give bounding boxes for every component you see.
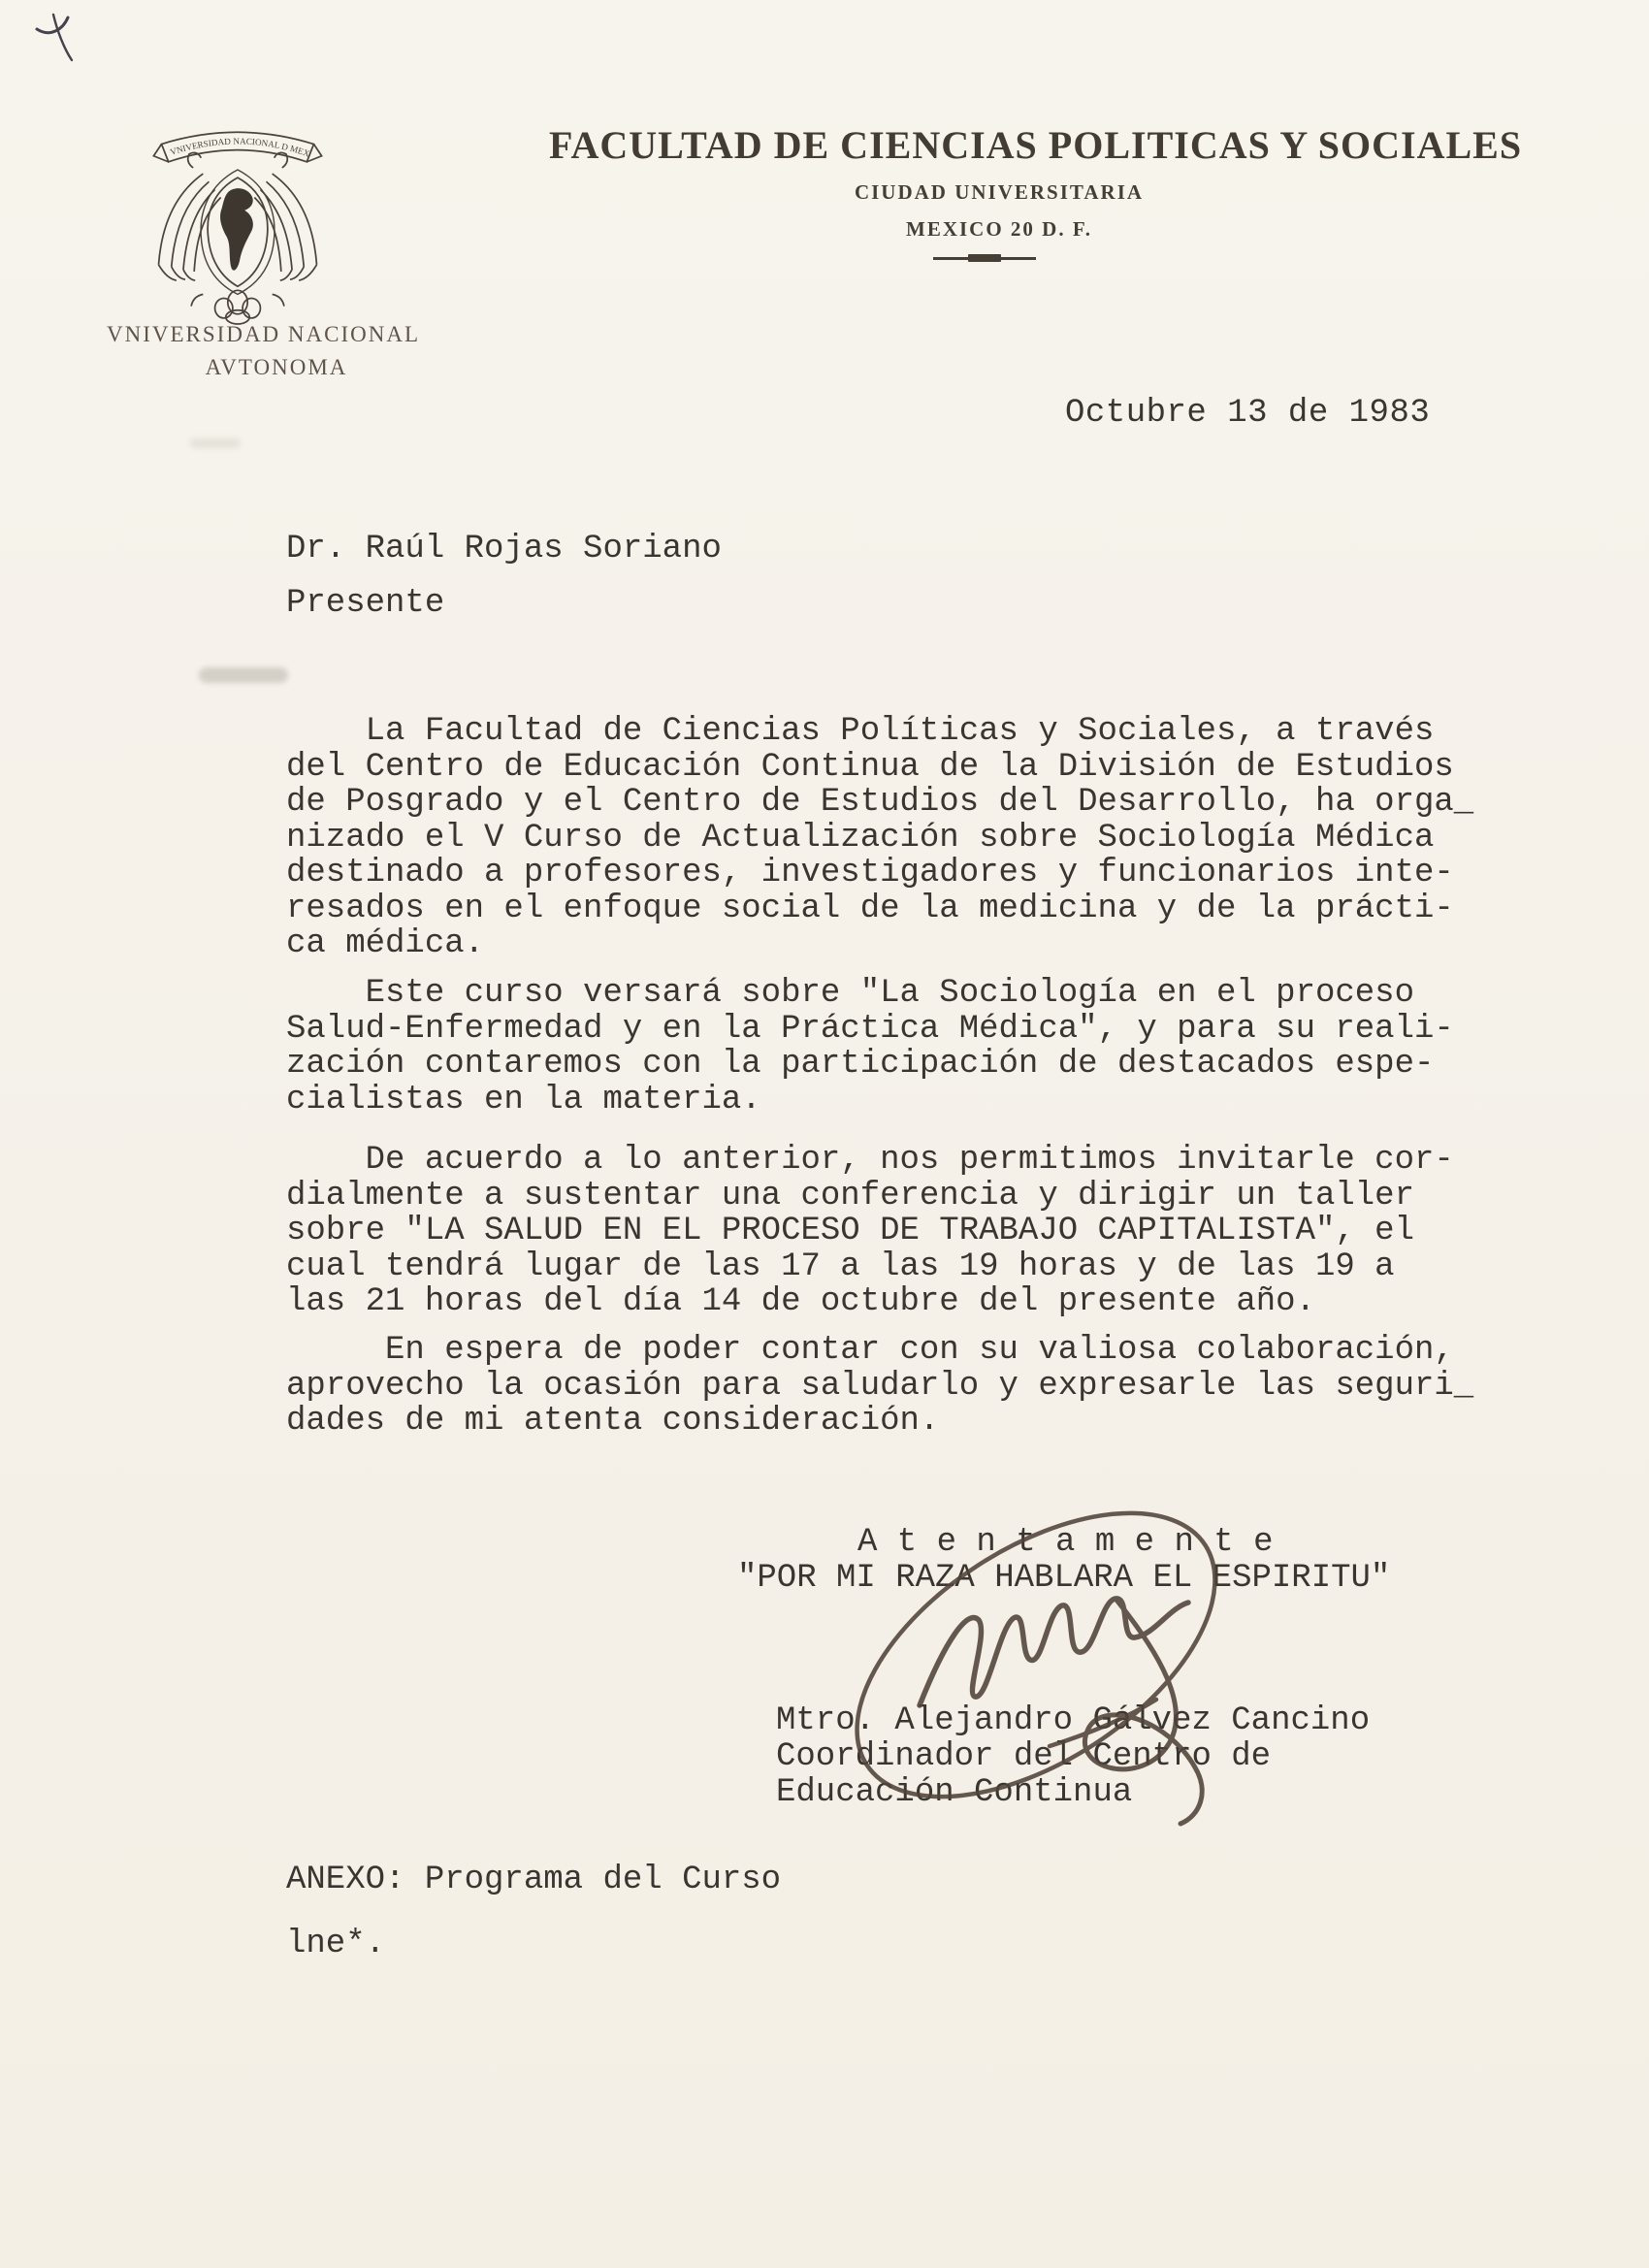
typewritten-line: resados en el enfoque social de la medic… bbox=[286, 891, 1473, 927]
body-paragraph-3: De acuerdo a lo anterior, nos permitimos… bbox=[286, 1143, 1454, 1320]
annex-note: ANEXO: Programa del Curso bbox=[286, 1863, 781, 1898]
faculty-title: FACULTAD DE CIENCIAS POLITICAS Y SOCIALE… bbox=[549, 122, 1522, 168]
scan-smudge bbox=[199, 667, 288, 683]
divider-thin-left bbox=[933, 257, 968, 260]
letterhead-address-line2: MEXICO 20 D. F. bbox=[854, 217, 1145, 242]
typewritten-line: sobre "LA SALUD EN EL PROCESO DE TRABAJO… bbox=[286, 1214, 1454, 1249]
body-paragraph-4: En espera de poder contar con su valiosa… bbox=[286, 1333, 1473, 1440]
letterhead-address-line1: CIUDAD UNIVERSITARIA bbox=[854, 180, 1145, 205]
university-name-line1: VNIVERSIDAD NACIONAL bbox=[107, 322, 388, 347]
body-paragraph-2: Este curso versará sobre "La Sociología … bbox=[286, 976, 1454, 1118]
typewritten-line: zación contaremos con la participación d… bbox=[286, 1047, 1454, 1083]
typewritten-line: cual tendrá lugar de las 17 a las 19 hor… bbox=[286, 1249, 1454, 1285]
divider-thin-right bbox=[1001, 257, 1036, 260]
recipient-salutation: Presente bbox=[286, 586, 444, 622]
typewritten-line: dades de mi atenta consideración. bbox=[286, 1404, 1473, 1440]
typewritten-line: Salud-Enfermedad y en la Práctica Médica… bbox=[286, 1012, 1454, 1048]
typewritten-line: las 21 horas del día 14 de octubre del p… bbox=[286, 1284, 1454, 1320]
scanned-letter-page: VNIVERSIDAD NACIONAL D MEXICO VNIVERSIDA… bbox=[0, 0, 1649, 2268]
typewritten-line: del Centro de Educación Continua de la D… bbox=[286, 750, 1473, 786]
typewritten-line: Este curso versará sobre "La Sociología … bbox=[286, 976, 1454, 1012]
typewritten-line: dialmente a sustentar una conferencia y … bbox=[286, 1179, 1454, 1215]
typewritten-line: aprovecho la ocasión para saludarlo y ex… bbox=[286, 1369, 1473, 1405]
typewritten-line: ca médica. bbox=[286, 926, 1473, 962]
divider-thick-center bbox=[968, 254, 1001, 262]
typewritten-line: De acuerdo a lo anterior, nos permitimos… bbox=[286, 1143, 1454, 1179]
americas-map-silhouette bbox=[220, 188, 253, 271]
date-line: Octubre 13 de 1983 bbox=[1065, 396, 1430, 432]
typewritten-line: de Posgrado y el Centro de Estudios del … bbox=[286, 785, 1473, 821]
typewritten-line: nizado el V Curso de Actualización sobre… bbox=[286, 821, 1473, 857]
unam-coat-of-arms-icon: VNIVERSIDAD NACIONAL D MEXICO bbox=[134, 116, 341, 326]
handwritten-signature-icon bbox=[795, 1455, 1300, 1863]
letterhead-divider bbox=[933, 254, 1036, 262]
recipient-name: Dr. Raúl Rojas Soriano bbox=[286, 532, 722, 567]
typewritten-line: En espera de poder contar con su valiosa… bbox=[286, 1333, 1473, 1369]
scan-smudge bbox=[190, 438, 241, 448]
typewritten-line: cialistas en la materia. bbox=[286, 1083, 1454, 1118]
typewritten-line: La Facultad de Ciencias Políticas y Soci… bbox=[286, 714, 1473, 750]
typist-reference: lne*. bbox=[286, 1927, 385, 1962]
typewritten-line: destinado a profesores, investigadores y… bbox=[286, 856, 1473, 891]
body-paragraph-1: La Facultad de Ciencias Políticas y Soci… bbox=[286, 714, 1473, 962]
university-name-line2: AVTONOMA bbox=[136, 355, 417, 380]
